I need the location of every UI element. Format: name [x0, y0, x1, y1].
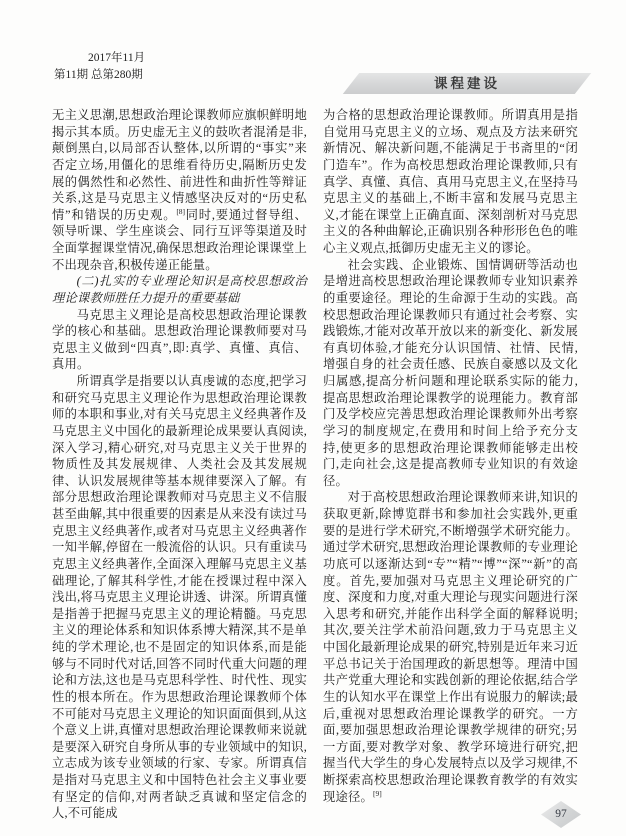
journal-issue: 第11期 总第280期: [54, 67, 145, 84]
journal-date: 2017年11月: [88, 50, 145, 67]
paragraph-text: 无主义思潮,思想政治理论课教师应旗帜鲜明地揭示其本质。历史虚无主义的鼓吹者混淆是…: [52, 108, 307, 222]
left-column: 无主义思潮,思想政治理论课教师应旗帜鲜明地揭示其本质。历史虚无主义的鼓吹者混淆是…: [52, 107, 307, 822]
page-number-badge: 97: [541, 801, 581, 828]
paragraph-continued: 无主义思潮,思想政治理论课教师应旗帜鲜明地揭示其本质。历史虚无主义的鼓吹者混淆是…: [52, 107, 307, 273]
article-body: 无主义思潮,思想政治理论课教师应旗帜鲜明地揭示其本质。历史虚无主义的鼓吹者混淆是…: [52, 107, 578, 822]
paragraph: 对于高校思想政治理论课教师来讲,知识的获取更新,除博览群书和参加社会实践外,更重…: [323, 489, 578, 805]
paragraph-continued: 为合格的思想政治理论课教师。所谓真用是指自觉用马克思主义的立场、观点及方法来研究…: [323, 107, 578, 257]
page-number: 97: [541, 801, 581, 828]
paragraph-text: 对于高校思想政治理论课教师来讲,知识的获取更新,除博览群书和参加社会实践外,更重…: [323, 490, 578, 803]
journal-page: 2017年11月 第11期 总第280期 课程建设 无主义思潮,思想政治理论课教…: [0, 0, 626, 836]
journal-masthead: 2017年11月 第11期 总第280期: [54, 50, 145, 84]
paragraph: 所谓真学是指要以认真虔诚的态度,把学习和研究马克思主义理论作为思想政治理论课教师…: [52, 373, 307, 822]
paragraph: 马克思主义理论是高校思想政治理论课教学的核心和基础。思想政治理论课教师要对马克思…: [52, 307, 307, 374]
subsection-heading: (二)扎实的专业理论知识是高校思想政治理论课教师胜任力提升的重要基础: [52, 273, 307, 306]
right-column: 为合格的思想政治理论课教师。所谓真用是指自觉用马克思主义的立场、观点及方法来研究…: [323, 107, 578, 822]
paragraph: 社会实践、企业锻炼、国情调研等活动也是增进高校思想政治理论课教师专业知识素养的重…: [323, 257, 578, 490]
citation-marker-9: [9]: [373, 789, 382, 798]
citation-marker-8: [8]: [176, 207, 185, 216]
section-badge-label: 课程建设: [351, 73, 583, 94]
section-badge: 课程建设: [351, 73, 583, 94]
